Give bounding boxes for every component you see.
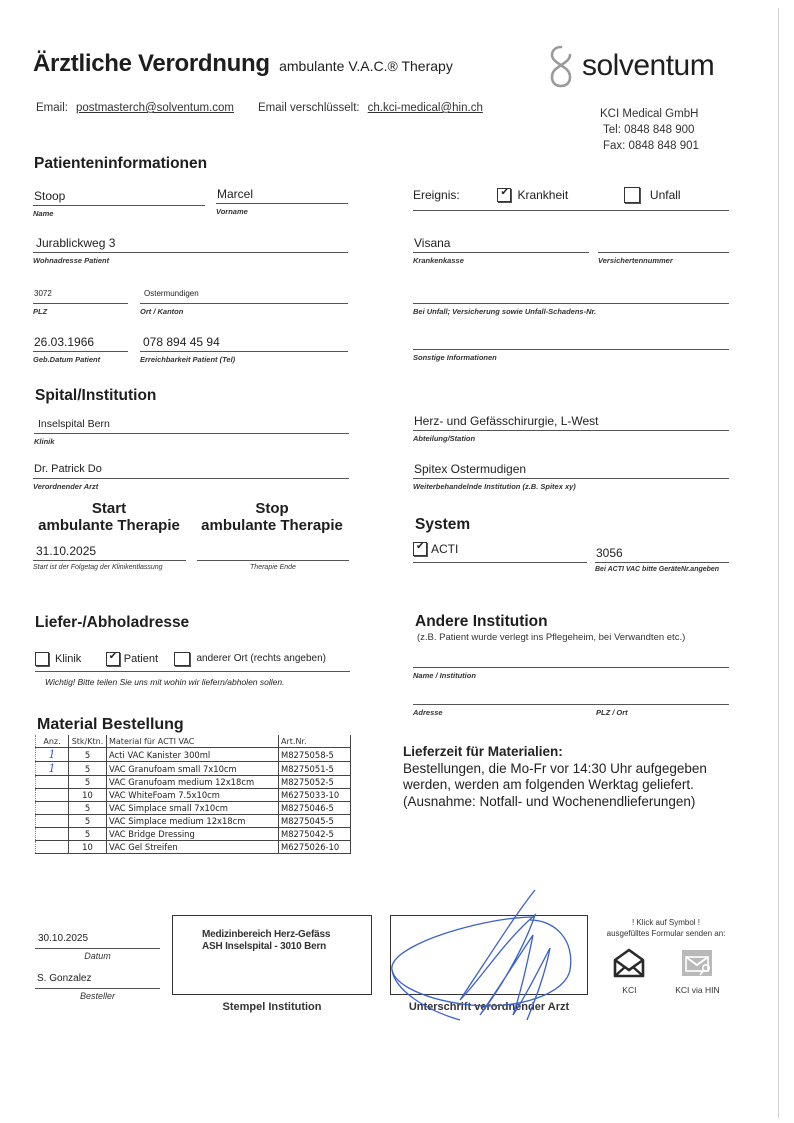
delivery-options: Klinik ✔Patient anderer Ort (rechts ange… (35, 650, 350, 687)
anz-cell[interactable] (36, 840, 69, 853)
klinik-caption: Klinik (34, 437, 349, 446)
email-link[interactable]: postmasterch@solventum.com (76, 102, 234, 114)
start-title-1: Start (33, 500, 185, 517)
stamp-box: Medizinbereich Herz-Gefäss ASH Inselspit… (172, 915, 372, 995)
material-cell: Acti VAC Kanister 300ml (107, 748, 279, 762)
material-cell: VAC Granufoam medium 12x18cm (107, 776, 279, 789)
anz-cell[interactable] (36, 789, 69, 802)
table-row: 5VAC Granufoam medium 12x18cmM8275052-5 (36, 776, 351, 789)
scan-artifact-line (778, 8, 779, 1118)
field-line (413, 478, 729, 479)
field-line (33, 560, 186, 561)
materials-body: 15Acti VAC Kanister 300mlM8275058-515VAC… (36, 748, 351, 853)
encrypted-email-link[interactable]: ch.kci-medical@hin.ch (368, 102, 483, 114)
device-number-caption: Bei ACTI VAC bitte GeräteNr.angeben (595, 566, 729, 573)
therapy-start-caption: Start ist der Folgetag der Klinikentlass… (33, 564, 186, 571)
envelope-open-icon (612, 948, 646, 978)
abteilung-value[interactable]: Herz- und Gefässchirurgie, L-West (413, 412, 729, 430)
field-line (413, 430, 729, 431)
orderer-value[interactable]: S. Gonzalez (35, 970, 160, 988)
abteilung-caption: Abteilung/Station (413, 434, 729, 443)
artnr-cell: M8275045-5 (279, 815, 351, 828)
solventum-s-icon (546, 43, 576, 89)
col-artnr: Art.Nr. (279, 735, 351, 748)
stk-cell: 10 (69, 840, 107, 853)
send-note-line: ! Klick auf Symbol ! (598, 917, 734, 928)
page-title: Ärztliche Verordnung ambulante V.A.C.® T… (33, 50, 453, 78)
encrypted-email-label: Email verschlüsselt: (258, 102, 360, 114)
field-line (33, 303, 128, 304)
stk-cell: 10 (69, 789, 107, 802)
field-line (413, 252, 589, 253)
field-line (34, 433, 349, 434)
field-abteilung[interactable]: Herz- und Gefässchirurgie, L-West Abteil… (413, 412, 729, 443)
field-vorname[interactable]: Marcel Vorname (216, 185, 348, 216)
stamp-caption: Stempel Institution (172, 1001, 372, 1013)
arzt-value[interactable]: Dr. Patrick Do (33, 460, 349, 478)
table-row: 10VAC Gel StreifenM6275026-10 (36, 840, 351, 853)
section-title-materials: Material Bestellung (37, 716, 184, 734)
start-title-2: ambulante Therapie (33, 517, 185, 534)
col-stk: Stk/Ktn. (69, 735, 107, 748)
section-title-other-institution: Andere Institution (415, 613, 548, 631)
field-line (33, 252, 348, 253)
field-sonstige-info[interactable]: Sonstige Informationen (413, 331, 729, 362)
phone-caption: Erreichbarkeit Patient (Tel) (140, 355, 348, 364)
send-instructions: ! Klick auf Symbol ! ausgefülltes Formul… (598, 917, 734, 939)
other-name-caption: Name / Institution (413, 671, 729, 680)
sonstige-info-value[interactable] (413, 331, 729, 349)
field-line (413, 562, 587, 563)
material-cell: VAC WhiteFoam 7.5x10cm (107, 789, 279, 802)
other-address-captions: Adresse PLZ / Ort (413, 708, 729, 717)
field-unfall-versicherung[interactable]: Bei Unfall; Versicherung sowie Unfall-Sc… (413, 285, 729, 316)
section-title-system: System (415, 516, 470, 534)
field-other-name[interactable]: Name / Institution (413, 649, 729, 680)
field-other-address[interactable]: Adresse PLZ / Ort (413, 686, 729, 717)
field-line (598, 252, 729, 253)
delivery-option-other[interactable]: anderer Ort (rechts angeben) (174, 650, 326, 668)
check-icon: ✔ (416, 541, 424, 552)
material-cell: VAC Granufoam small 7x10cm (107, 762, 279, 776)
delivery-hint: Wichtig! Bitte teilen Sie uns mit wohin … (35, 677, 350, 687)
field-line (197, 560, 349, 561)
table-row: 5VAC Bridge DressingM8275042-5 (36, 827, 351, 840)
company-name: KCI Medical GmbH (600, 106, 740, 122)
anz-cell[interactable] (36, 815, 69, 828)
table-row: 5VAC Simplace medium 12x18cmM8275045-5 (36, 815, 351, 828)
checkbox-other-location[interactable] (174, 652, 190, 666)
table-row: 15VAC Granufoam small 7x10cmM8275051-5 (36, 762, 351, 776)
unfall-label: Unfall (650, 188, 681, 202)
name-value[interactable]: Stoop (33, 187, 205, 205)
date-value[interactable]: 30.10.2025 (35, 930, 160, 948)
sonstige-info-caption: Sonstige Informationen (413, 353, 729, 362)
field-line (35, 988, 160, 989)
field-krankenkasse[interactable]: Visana Krankenkasse (413, 234, 589, 265)
field-line (33, 351, 128, 352)
krankheit-label: Krankheit (517, 188, 568, 202)
encrypted-email-contact: Email verschlüsselt:ch.kci-medical@hin.c… (258, 102, 483, 114)
field-system-acti[interactable]: ✔ACTI (413, 540, 587, 563)
vorname-value[interactable]: Marcel (216, 185, 348, 203)
stk-cell: 5 (69, 748, 107, 762)
klinik-value[interactable]: Inselspital Bern (34, 415, 349, 433)
artnr-cell: M8275046-5 (279, 802, 351, 815)
therapy-stop-heading: Stop ambulante Therapie (196, 500, 348, 534)
event-label: Ereignis: (413, 188, 493, 202)
field-date[interactable]: 30.10.2025 Datum (35, 930, 160, 961)
field-name[interactable]: Stoop Name (33, 187, 205, 218)
artnr-cell: M6275026-10 (279, 840, 351, 853)
unfall-versicherung-caption: Bei Unfall; Versicherung sowie Unfall-Sc… (413, 307, 729, 316)
delivery-option-klinik[interactable]: Klinik (35, 650, 81, 668)
email-contact: Email:postmasterch@solventum.com (36, 102, 234, 114)
anz-cell[interactable] (36, 827, 69, 840)
orderer-caption: Besteller (35, 991, 160, 1001)
field-arzt[interactable]: Dr. Patrick Do Verordnender Arzt (33, 460, 349, 491)
field-line (216, 203, 348, 204)
field-orderer[interactable]: S. Gonzalez Besteller (35, 970, 160, 1001)
table-row: 5VAC Simplace small 7x10cmM8275046-5 (36, 802, 351, 815)
anz-cell[interactable]: 1 (36, 748, 69, 762)
signature-caption: Unterschrift verordnender Arzt (390, 1001, 588, 1013)
stop-title-1: Stop (196, 500, 348, 517)
other-address-value[interactable] (413, 686, 729, 704)
stamp-text: Medizinbereich Herz-Gefäss ASH Inselspit… (173, 916, 371, 953)
field-therapy-start[interactable]: 31.10.2025 Start ist der Folgetag der Kl… (33, 542, 186, 571)
material-cell: VAC Simplace medium 12x18cm (107, 815, 279, 828)
field-line (140, 351, 348, 352)
stk-cell: 5 (69, 776, 107, 789)
field-line (413, 303, 729, 304)
send-hin-label: KCI via HIN (675, 985, 719, 995)
therapy-start-value[interactable]: 31.10.2025 (33, 542, 186, 560)
birthdate-value[interactable]: 26.03.1966 (33, 333, 128, 351)
krankenkasse-caption: Krankenkasse (413, 256, 589, 265)
brand-name: solventum (582, 49, 714, 83)
delivery-line (35, 671, 350, 672)
therapy-start-heading: Start ambulante Therapie (33, 500, 185, 534)
signature-box[interactable] (390, 915, 588, 995)
versichertennummer-caption: Versichertennummer (598, 256, 729, 265)
therapy-stop-caption: Therapie Ende (197, 564, 349, 571)
stop-title-2: ambulante Therapie (196, 517, 348, 534)
phone-value[interactable]: 078 894 45 94 (140, 333, 348, 351)
send-kci-hin-button[interactable]: KCI via HIN (675, 948, 719, 995)
field-line (140, 303, 348, 304)
email-label: Email: (36, 102, 68, 114)
col-anz: Anz. (36, 735, 69, 748)
anz-cell[interactable] (36, 802, 69, 815)
company-fax: Fax: 0848 848 901 (600, 138, 740, 154)
stk-cell: 5 (69, 827, 107, 840)
artnr-cell: M6275033-10 (279, 789, 351, 802)
table-row: 10VAC WhiteFoam 7.5x10cmM6275033-10 (36, 789, 351, 802)
field-plz[interactable]: 3072 PLZ (33, 285, 128, 316)
plz-value[interactable]: 3072 (33, 285, 128, 303)
other-option-label: anderer Ort (rechts angeben) (196, 653, 326, 664)
field-line (35, 948, 160, 949)
artnr-cell: M8275058-5 (279, 748, 351, 762)
date-caption: Datum (35, 951, 160, 961)
ort-caption: Ort / Kanton (140, 307, 348, 316)
weiterbehandelnde-caption: Weiterbehandelnde Institution (z.B. Spit… (413, 482, 729, 491)
envelope-key-icon (680, 948, 714, 978)
delivery-time-heading: Lieferzeit für Materialien: (403, 744, 773, 761)
check-icon: ✔ (109, 651, 117, 662)
stamp-line: Medizinbereich Herz-Gefäss (202, 929, 371, 941)
material-cell: VAC Bridge Dressing (107, 827, 279, 840)
send-note-line: ausgefülltes Formular senden an: (598, 928, 734, 939)
anz-cell[interactable]: 1 (36, 762, 69, 776)
section-title-patient: Patienteninformationen (34, 155, 207, 173)
solventum-logo: solventum (546, 43, 714, 89)
delivery-option-patient[interactable]: ✔Patient (106, 650, 158, 668)
title-subtitle: ambulante V.A.C.® Therapy (279, 58, 453, 74)
field-weiterbehandelnde[interactable]: Spitex Ostermudigen Weiterbehandelnde In… (413, 460, 729, 491)
event-option-krankheit[interactable]: ✔Krankheit (497, 186, 619, 204)
plz-caption: PLZ (33, 307, 128, 316)
klinik-option-label: Klinik (55, 653, 81, 665)
unfall-versicherung-value[interactable] (413, 285, 729, 303)
material-cell: VAC Simplace small 7x10cm (107, 802, 279, 815)
delivery-time-line: werden, werden am folgenden Werktag geli… (403, 777, 773, 794)
other-address-caption: Adresse (413, 708, 596, 717)
field-line (413, 667, 729, 668)
stk-cell: 5 (69, 802, 107, 815)
field-line (33, 205, 205, 206)
name-caption: Name (33, 209, 205, 218)
stamp-line: ASH Inselspital - 3010 Bern (202, 941, 371, 953)
table-row: 15Acti VAC Kanister 300mlM8275058-5 (36, 748, 351, 762)
title-main: Ärztliche Verordnung (33, 50, 270, 77)
field-line (595, 562, 729, 563)
versichertennummer-value[interactable] (598, 234, 729, 252)
artnr-cell: M8275051-5 (279, 762, 351, 776)
field-ort[interactable]: Ostermundigen Ort / Kanton (140, 285, 348, 316)
field-line (33, 478, 349, 479)
send-options: KCI KCI via HIN (598, 948, 734, 995)
event-row: Ereignis: ✔Krankheit Unfall (413, 186, 729, 211)
stk-cell: 5 (69, 762, 107, 776)
artnr-cell: M8275042-5 (279, 827, 351, 840)
ort-value[interactable]: Ostermundigen (140, 285, 348, 303)
field-device-number[interactable]: 3056 Bei ACTI VAC bitte GeräteNr.angeben (595, 544, 729, 573)
krankenkasse-value[interactable]: Visana (413, 234, 589, 252)
event-option-unfall[interactable]: Unfall (624, 186, 681, 204)
other-institution-subtitle: (z.B. Patient wurde verlegt ins Pflegehe… (417, 632, 685, 643)
checkbox-patient[interactable]: ✔ (106, 652, 120, 666)
company-tel: Tel: 0848 848 900 (600, 122, 740, 138)
checkbox-acti[interactable]: ✔ (413, 542, 427, 556)
birthdate-caption: Geb.Datum Patient (33, 355, 128, 364)
therapy-stop-value[interactable] (197, 542, 349, 560)
col-material: Material für ACTI VAC (107, 735, 279, 748)
check-icon: ✔ (500, 187, 508, 198)
address-caption: Wohnadresse Patient (33, 256, 348, 265)
delivery-time-note: Lieferzeit für Materialien: Bestellungen… (403, 744, 773, 810)
arzt-caption: Verordnender Arzt (33, 482, 349, 491)
checkbox-klinik[interactable] (35, 652, 49, 666)
field-line (413, 349, 729, 350)
vorname-caption: Vorname (216, 207, 348, 216)
anz-cell[interactable] (36, 776, 69, 789)
artnr-cell: M8275052-5 (279, 776, 351, 789)
checkbox-krankheit[interactable]: ✔ (497, 188, 511, 202)
field-birthdate[interactable]: 26.03.1966 Geb.Datum Patient (33, 333, 128, 364)
section-title-delivery: Liefer-/Abholadresse (35, 614, 189, 632)
field-line (413, 704, 729, 705)
other-name-value[interactable] (413, 649, 729, 667)
field-versichertennummer[interactable]: Versichertennummer (598, 234, 729, 265)
patient-option-label: Patient (124, 653, 158, 665)
section-title-institution: Spital/Institution (35, 387, 156, 405)
delivery-time-line: (Ausnahme: Notfall- und Wochenendlieferu… (403, 794, 773, 811)
delivery-time-line: Bestellungen, die Mo-Fr vor 14:30 Uhr au… (403, 761, 773, 778)
address-value[interactable]: Jurablickweg 3 (33, 234, 348, 252)
acti-option[interactable]: ✔ACTI (413, 540, 587, 562)
acti-label: ACTI (431, 542, 458, 556)
other-plz-ort-caption: PLZ / Ort (596, 708, 628, 717)
field-klinik[interactable]: Inselspital Bern Klinik (34, 415, 349, 446)
field-therapy-stop[interactable]: Therapie Ende (197, 542, 349, 571)
field-phone[interactable]: 078 894 45 94 Erreichbarkeit Patient (Te… (140, 333, 348, 364)
materials-header-row: Anz. Stk/Ktn. Material für ACTI VAC Art.… (36, 735, 351, 748)
company-info: KCI Medical GmbH Tel: 0848 848 900 Fax: … (600, 106, 740, 154)
materials-table: Anz. Stk/Ktn. Material für ACTI VAC Art.… (35, 735, 351, 854)
send-kci-label: KCI (622, 985, 636, 995)
material-cell: VAC Gel Streifen (107, 840, 279, 853)
event-line (413, 210, 729, 211)
field-address[interactable]: Jurablickweg 3 Wohnadresse Patient (33, 234, 348, 265)
send-kci-button[interactable]: KCI (612, 948, 646, 995)
stk-cell: 5 (69, 815, 107, 828)
weiterbehandelnde-value[interactable]: Spitex Ostermudigen (413, 460, 729, 478)
checkbox-unfall[interactable] (624, 187, 640, 203)
device-number-value[interactable]: 3056 (595, 544, 729, 562)
